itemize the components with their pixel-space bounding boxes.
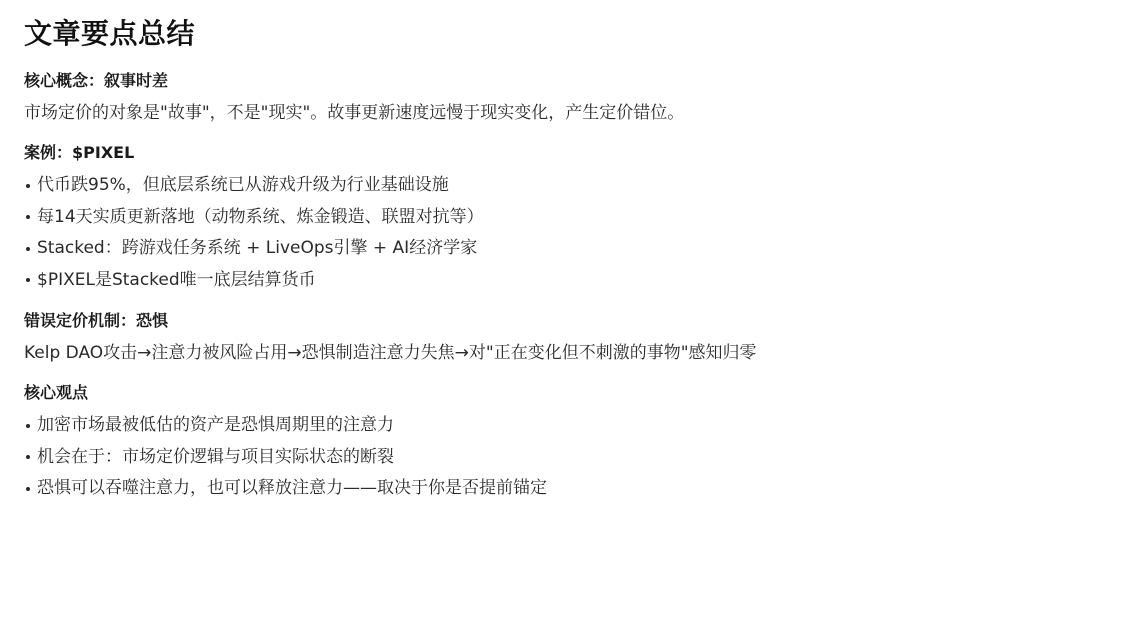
list-item: 机会在于：市场定价逻辑与项目实际状态的断裂 [24, 442, 1125, 474]
section-key-points: 核心观点 加密市场最被低估的资产是恐惧周期里的注意力 机会在于：市场定价逻辑与项… [24, 380, 1125, 505]
list-item: $PIXEL是Stacked唯一底层结算货币 [24, 265, 1125, 297]
section-heading: 核心观点 [24, 380, 1125, 406]
list-item: 每14天实质更新落地（动物系统、炼金锻造、联盟对抗等） [24, 202, 1125, 234]
list-item-text: 每14天实质更新落地（动物系统、炼金锻造、联盟对抗等） [37, 202, 484, 234]
bullet-list: 代币跌95%，但底层系统已从游戏升级为行业基础设施 每14天实质更新落地（动物系… [24, 170, 1125, 296]
summary-document: 文章要点总结 核心概念：叙事时差 市场定价的对象是"故事"，不是"现实"。故事更… [0, 0, 1125, 505]
bullet-icon [26, 215, 30, 219]
list-item-text: 机会在于：市场定价逻辑与项目实际状态的断裂 [37, 442, 394, 474]
page-title: 文章要点总结 [24, 14, 1125, 54]
bullet-list: 加密市场最被低估的资产是恐惧周期里的注意力 机会在于：市场定价逻辑与项目实际状态… [24, 410, 1125, 505]
section-paragraph: Kelp DAO攻击→注意力被风险占用→恐惧制造注意力失焦→对"正在变化但不刺激… [24, 338, 1125, 368]
section-mispricing-mechanism: 错误定价机制：恐惧 Kelp DAO攻击→注意力被风险占用→恐惧制造注意力失焦→… [24, 308, 1125, 368]
list-item-text: 代币跌95%，但底层系统已从游戏升级为行业基础设施 [37, 170, 449, 202]
list-item-text: $PIXEL是Stacked唯一底层结算货币 [37, 265, 316, 297]
bullet-icon [26, 487, 30, 491]
list-item-text: 加密市场最被低估的资产是恐惧周期里的注意力 [37, 410, 394, 442]
section-case-study: 案例：$PIXEL 代币跌95%，但底层系统已从游戏升级为行业基础设施 每14天… [24, 140, 1125, 296]
bullet-icon [26, 278, 30, 282]
list-item-text: Stacked：跨游戏任务系统 + LiveOps引擎 + AI经济学家 [37, 233, 477, 265]
list-item: 恐惧可以吞噬注意力，也可以释放注意力——取决于你是否提前锚定 [24, 473, 1125, 505]
list-item-text: 恐惧可以吞噬注意力，也可以释放注意力——取决于你是否提前锚定 [37, 473, 547, 505]
list-item: Stacked：跨游戏任务系统 + LiveOps引擎 + AI经济学家 [24, 233, 1125, 265]
section-heading: 错误定价机制：恐惧 [24, 308, 1125, 334]
bullet-icon [26, 247, 30, 251]
bullet-icon [26, 455, 30, 459]
section-paragraph: 市场定价的对象是"故事"，不是"现实"。故事更新速度远慢于现实变化，产生定价错位… [24, 98, 1125, 128]
list-item: 加密市场最被低估的资产是恐惧周期里的注意力 [24, 410, 1125, 442]
section-heading: 案例：$PIXEL [24, 140, 1125, 166]
section-heading: 核心概念：叙事时差 [24, 68, 1125, 94]
bullet-icon [26, 424, 30, 428]
list-item: 代币跌95%，但底层系统已从游戏升级为行业基础设施 [24, 170, 1125, 202]
section-core-concept: 核心概念：叙事时差 市场定价的对象是"故事"，不是"现实"。故事更新速度远慢于现… [24, 68, 1125, 128]
bullet-icon [26, 184, 30, 188]
